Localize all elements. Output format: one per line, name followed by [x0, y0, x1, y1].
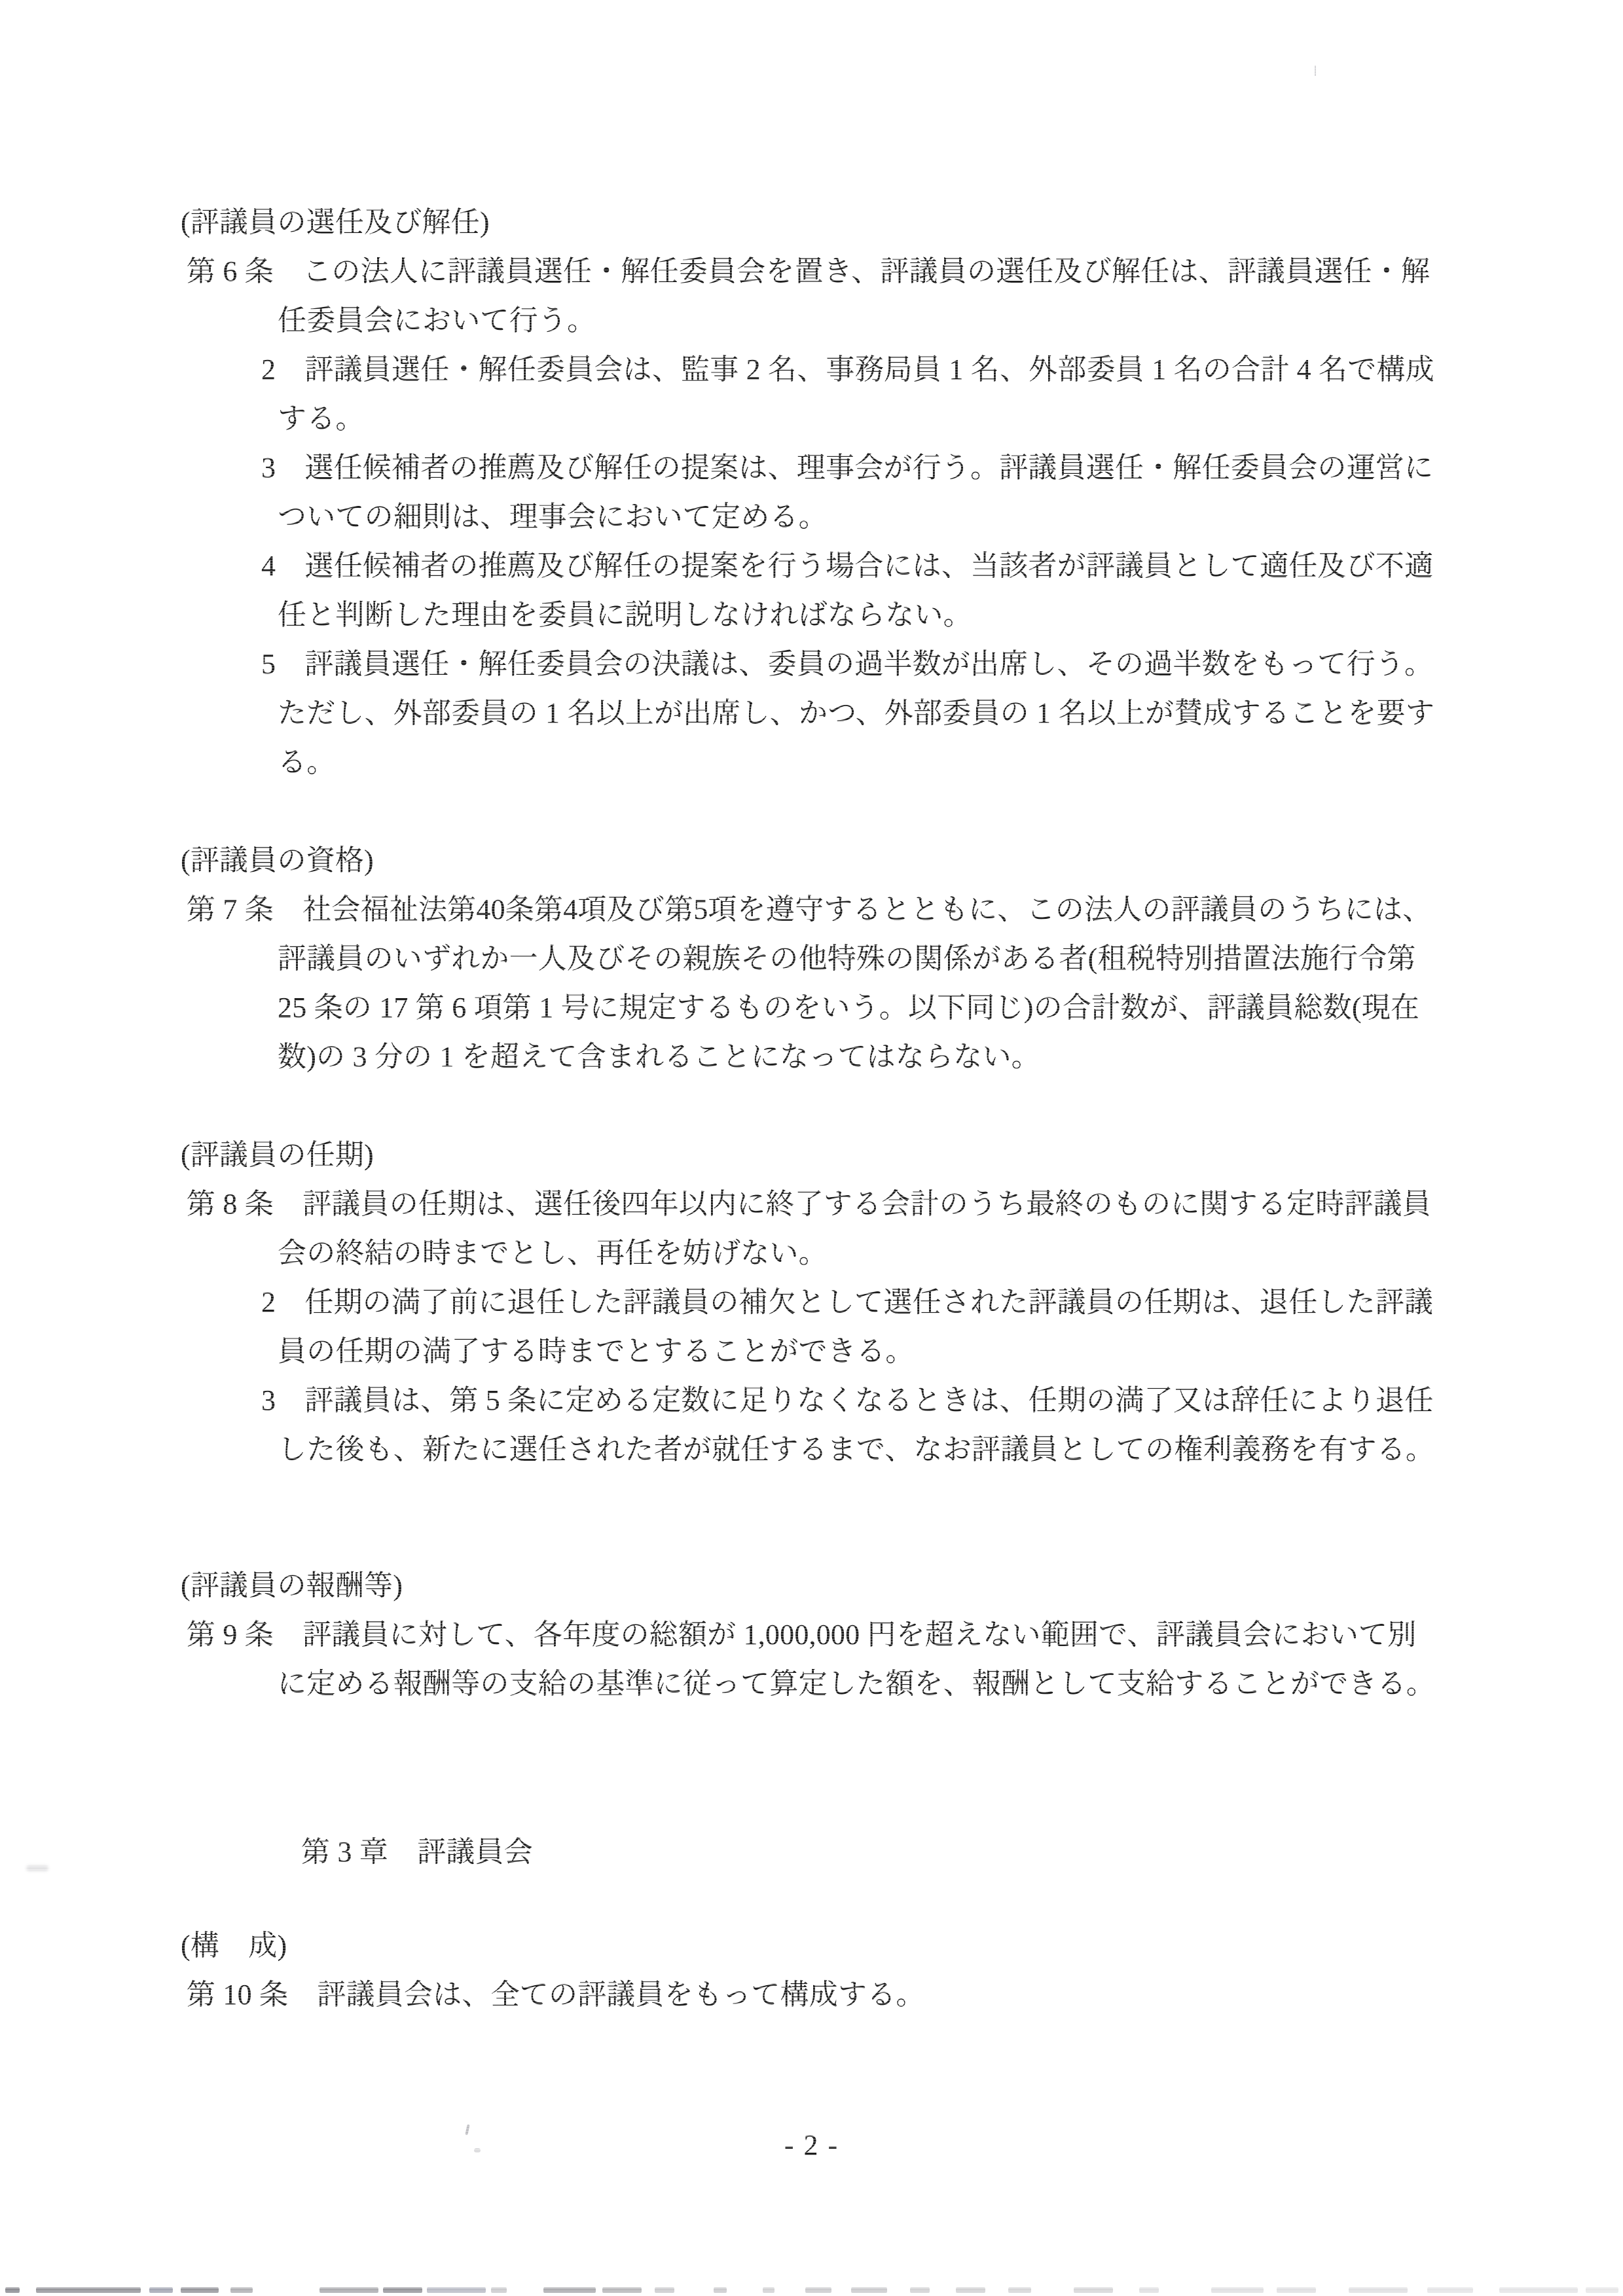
scan-artifact — [1008, 2287, 1031, 2293]
scan-artifact — [181, 2287, 219, 2293]
article-7-line-1: 第 7 条 社会福祉法第40条第4項及び第5項を遵守するとともに、この法人の評議… — [0, 885, 1623, 934]
scan-artifact — [956, 2287, 985, 2293]
article-6-para-4-line-1: 4 選任候補者の推薦及び解任の提案を行う場合には、当該者が評議員として適任及び不… — [0, 541, 1623, 590]
scan-artifact — [1139, 2287, 1159, 2293]
section-council-composition: (構 成) 第 10 条 評議員会は、全ての評議員をもって構成する。 — [0, 1921, 1623, 2019]
section-heading: (評議員の資格) — [0, 836, 1623, 885]
article-9-line-2: に定める報酬等の支給の基準に従って算定した額を、報酬として支給することができる。 — [0, 1659, 1623, 1708]
article-6-line-1: 第 6 条 この法人に評議員選任・解任委員会を置き、評議員の選任及び解任は、評議… — [0, 247, 1623, 296]
scan-artifact — [602, 2287, 642, 2293]
article-8-para-3-line-2: した後も、新たに選任された者が就任するまで、なお評議員としての権利義務を有する。 — [0, 1425, 1623, 1474]
article-7-line-2: 評議員のいずれか一人及びその親族その他特殊の関係がある者(租税特別措置法施行令第 — [0, 934, 1623, 983]
chapter-heading: 第 3 章 評議員会 — [0, 1827, 1623, 1876]
scan-artifact — [763, 2287, 775, 2293]
section-councilor-term: (評議員の任期) 第 8 条 評議員の任期は、選任後四年以内に終了する会計のうち… — [0, 1130, 1623, 1474]
article-6-para-4-line-2: 任と判断した理由を委員に説明しなければならない。 — [0, 590, 1623, 639]
scan-artifact — [1586, 2287, 1618, 2293]
chapter-3-heading-block: 第 3 章 評議員会 — [0, 1827, 1623, 1876]
article-8-line-2: 会の終結の時までとし、再任を妨げない。 — [0, 1229, 1623, 1278]
scan-speck — [1315, 65, 1316, 76]
article-9-line-1: 第 9 条 評議員に対して、各年度の総額が 1,000,000 円を超えない範囲… — [0, 1610, 1623, 1659]
article-6-para-3-line-1: 3 選任候補者の推薦及び解任の提案は、理事会が行う。評議員選任・解任委員会の運営… — [0, 443, 1623, 492]
scan-artifact — [319, 2287, 378, 2293]
section-heading: (構 成) — [0, 1921, 1623, 1970]
article-6-para-2-line-2: する。 — [0, 394, 1623, 443]
scan-artifact — [655, 2287, 674, 2293]
article-8-para-2-line-2: 員の任期の満了する時までとすることができる。 — [0, 1327, 1623, 1376]
article-6-para-5-line-3: る。 — [0, 738, 1623, 787]
article-6-para-5-line-1: 5 評議員選任・解任委員会の決議は、委員の過半数が出席し、その過半数をもって行う… — [0, 639, 1623, 689]
scan-artifact — [5, 2287, 20, 2293]
article-8-para-3-line-1: 3 評議員は、第 5 条に定める定数に足りなくなるときは、任期の満了又は辞任によ… — [0, 1376, 1623, 1425]
scan-speck — [474, 2148, 481, 2153]
scan-artifact — [1427, 2287, 1473, 2293]
scanned-document-page: (評議員の選任及び解任) 第 6 条 この法人に評議員選任・解任委員会を置き、評… — [0, 0, 1623, 2296]
scan-artifact — [1499, 2287, 1578, 2293]
scan-artifact — [383, 2287, 422, 2293]
scan-artifact — [1277, 2287, 1316, 2293]
section-heading: (評議員の報酬等) — [0, 1561, 1623, 1610]
scan-artifact — [36, 2287, 141, 2293]
scan-artifact — [427, 2287, 486, 2293]
article-10-line-1: 第 10 条 評議員会は、全ての評議員をもって構成する。 — [0, 1970, 1623, 2019]
section-councilor-qualification: (評議員の資格) 第 7 条 社会福祉法第40条第4項及び第5項を遵守するととも… — [0, 836, 1623, 1081]
scan-artifact — [1349, 2287, 1408, 2293]
article-6-para-5-line-2: ただし、外部委員の 1 名以上が出席し、かつ、外部委員の 1 名以上が賛成するこ… — [0, 689, 1623, 738]
article-8-line-1: 第 8 条 評議員の任期は、選任後四年以内に終了する会計のうち最終のものに関する… — [0, 1179, 1623, 1229]
scan-artifact — [805, 2287, 831, 2293]
article-6-para-3-line-2: ついての細則は、理事会において定める。 — [0, 492, 1623, 541]
section-heading: (評議員の任期) — [0, 1130, 1623, 1179]
scan-artifact — [149, 2287, 173, 2293]
scan-artifact — [851, 2287, 887, 2293]
article-7-line-4: 数)の 3 分の 1 を超えて含まれることになってはならない。 — [0, 1032, 1623, 1081]
article-6-line-2: 任委員会において行う。 — [0, 296, 1623, 345]
scan-artifact — [910, 2287, 930, 2293]
scan-speck — [26, 1865, 48, 1871]
article-6-para-2-line-1: 2 評議員選任・解任委員会は、監事 2 名、事務局員 1 名、外部委員 1 名の… — [0, 345, 1623, 394]
section-heading: (評議員の選任及び解任) — [0, 198, 1623, 247]
page-number: - 2 - — [0, 2121, 1623, 2170]
scan-artifact — [1074, 2287, 1113, 2293]
scan-artifact — [1211, 2287, 1264, 2293]
scan-artifact — [230, 2287, 253, 2293]
scan-artifact — [714, 2287, 727, 2293]
section-councilor-remuneration: (評議員の報酬等) 第 9 条 評議員に対して、各年度の総額が 1,000,00… — [0, 1561, 1623, 1708]
section-councilor-appointment-dismissal: (評議員の選任及び解任) 第 6 条 この法人に評議員選任・解任委員会を置き、評… — [0, 198, 1623, 787]
article-8-para-2-line-1: 2 任期の満了前に退任した評議員の補欠として選任された評議員の任期は、退任した評… — [0, 1278, 1623, 1327]
article-7-line-3: 25 条の 17 第 6 項第 1 号に規定するものをいう。以下同じ)の合計数が… — [0, 983, 1623, 1032]
scan-artifact — [491, 2287, 507, 2293]
scan-artifact — [543, 2287, 596, 2293]
